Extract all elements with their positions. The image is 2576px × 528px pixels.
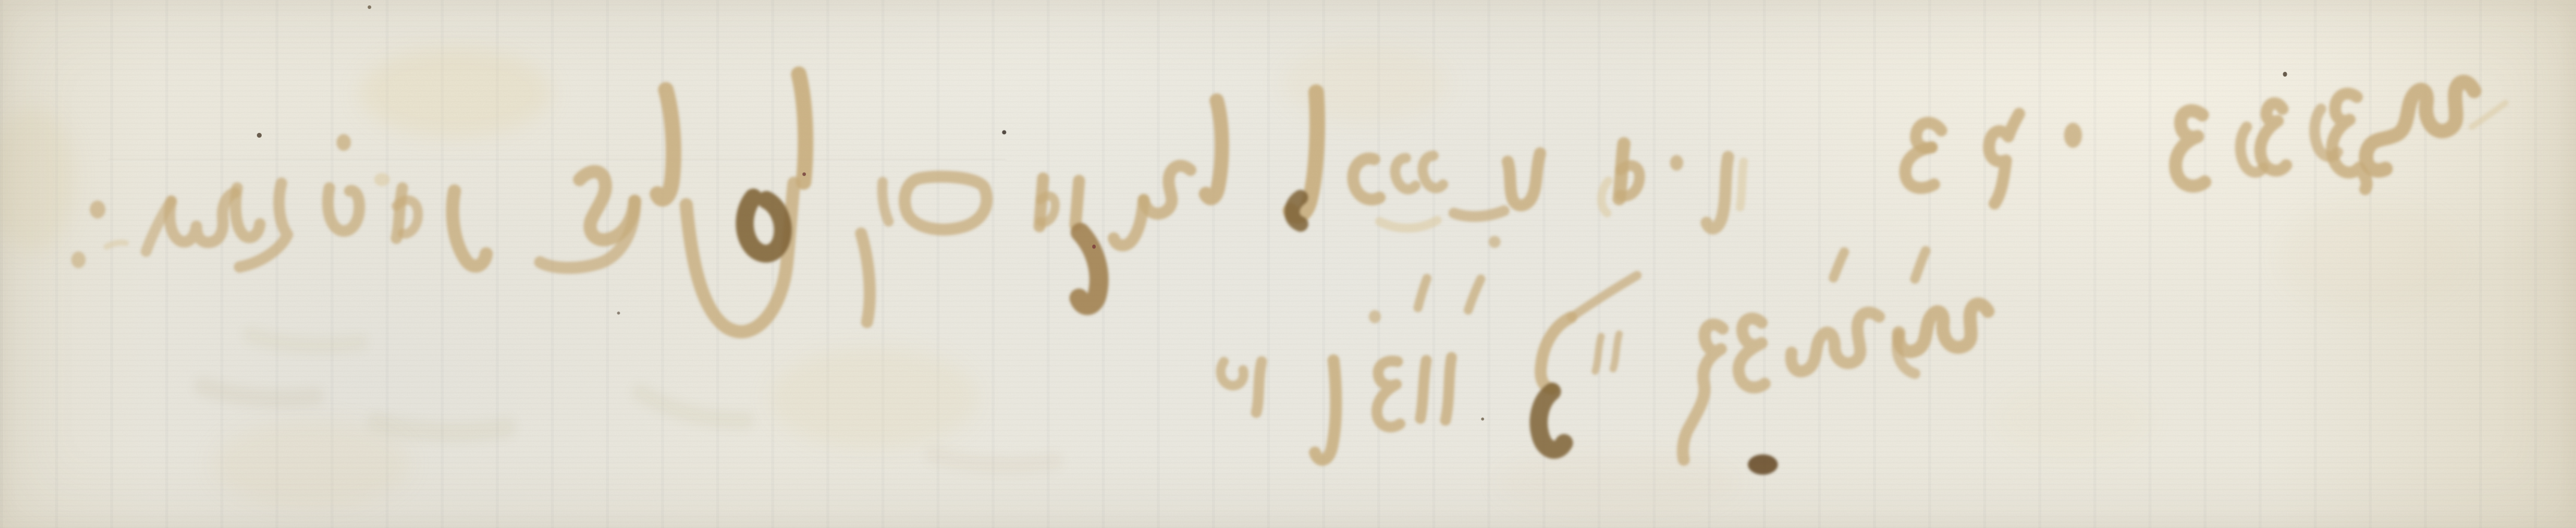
- scan-vignette: [0, 0, 2576, 528]
- manuscript-page: [0, 0, 2576, 528]
